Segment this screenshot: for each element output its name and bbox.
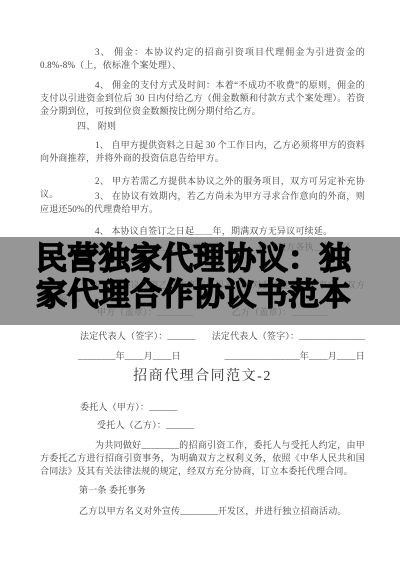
entrustee-party-b-line: 受托人（乙方）：______ (40, 419, 365, 432)
section-4-heading: 四、 附则 (40, 120, 365, 133)
date-row: ________年____月____日 ________________年___… (40, 350, 365, 363)
clause-one-heading: 第一条 委托事务 (40, 484, 365, 497)
clause-4-payment: 4、 佣金的支付方式及时间：本着“不成功不收费”的原则，佣金的支付以引进资金到位… (40, 79, 365, 118)
clause-3-commission: 3、 佣金：本协议约定的招商引资项目代理佣金为引进资金的0.8%-8%（上，依标… (40, 46, 365, 72)
document-scan-page: 3、 佣金：本协议约定的招商引资项目代理佣金为引进资金的0.8%-8%（上，依标… (0, 0, 400, 565)
legal-representative-row: 法定代表人（签字）：______ 法定代表人（签字）：_____________… (40, 330, 365, 343)
date-left: ________年____月____日 (78, 350, 181, 363)
entruster-party-a-line: 委托人（甲方）：______ (40, 401, 365, 414)
contract-2-intro-paragraph: 为共同做好________的招商引资工作，委托人与受托人约定，由甲方委托乙方进行… (40, 439, 365, 478)
article-headline: 民营独家代理协议：独 家代理合作协议书范本 (36, 241, 400, 313)
date-right: ________________年____月____日 (225, 350, 365, 363)
contract-2-title: 招商代理合同范文-2 (40, 370, 365, 383)
legal-rep-left: 法定代表人（签字）：______ (80, 330, 196, 343)
article-headline-line-2: 家代理合作协议书范本 (36, 277, 400, 313)
article-headline-line-1: 民营独家代理协议：独 (36, 241, 400, 277)
clause-one-body: 乙方以甲方名义对外宣传________开发区，并进行独立招商活动。 (40, 505, 365, 518)
appendix-item-3: 3、 在协议有效期内，若乙方尚未为甲方寻求合作意向的外商，则应退还50%的代理费… (40, 190, 365, 216)
appendix-item-1: 1、 自甲方提供资料之日起 30 个工作日内，乙方必须将甲方的资料向外商推荐，并… (40, 139, 365, 165)
legal-rep-right: 法定代表人（签字）：______________ (212, 330, 365, 343)
